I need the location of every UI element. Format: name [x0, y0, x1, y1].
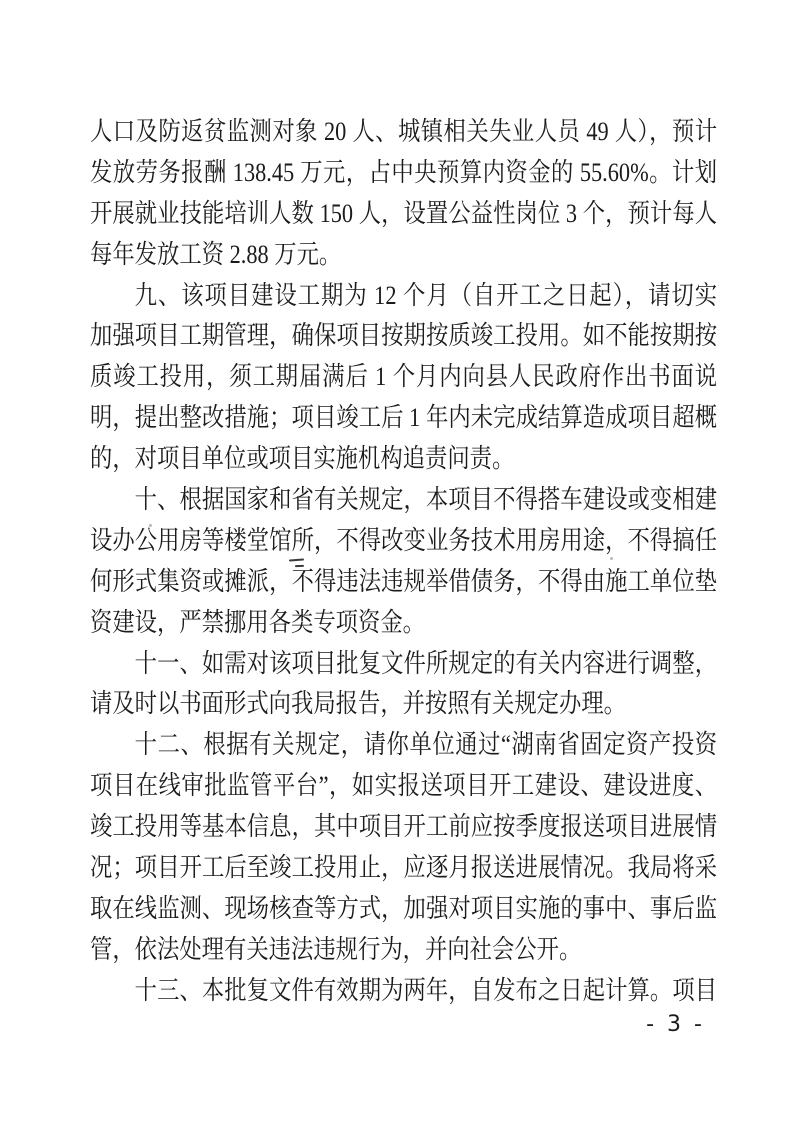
text-line: 每年发放工资 2.88 万元。: [90, 235, 717, 276]
text-line: 十三、本批复文件有效期为两年，自发布之日起计算。项目: [90, 971, 717, 1012]
text-line: 九、该项目建设工期为 12 个月（自开工之日起），请切实: [90, 276, 717, 317]
document-body: 人口及防返贫监测对象 20 人、城镇相关失业人员 49 人），预计发放劳务报酬 …: [90, 112, 717, 1012]
scan-speckle: [414, 586, 417, 589]
text-line: 十、根据国家和省有关规定，本项目不得搭车建设或变相建: [90, 480, 717, 521]
scan-speckle: [204, 586, 207, 589]
text-line: 资建设，严禁挪用各类专项资金。: [90, 603, 717, 644]
scan-speckle: [238, 612, 241, 615]
text-line: 十一、如需对该项目批复文件所规定的有关内容进行调整，: [90, 644, 717, 685]
scan-speckle: [149, 524, 152, 527]
text-line: 开展就业技能培训人数 150 人，设置公益性岗位 3 个，预计每人: [90, 194, 717, 235]
text-line: 何形式集资或摊派，不得违法违规举借债务，不得由施工单位垫: [90, 562, 717, 603]
text-line: 竣工投用等基本信息，其中项目开工前应按季度报送项目进展情: [90, 807, 717, 848]
scan-speckle: [610, 557, 613, 560]
text-line: 加强项目工期管理，确保项目按期按质竣工投用。如不能按期按: [90, 316, 717, 357]
text-line: 设办公用房等楼堂馆所，不得改变业务技术用房用途，不得搞任: [90, 521, 717, 562]
text-line: 项目在线审批监管平台”，如实报送项目开工建设、建设进度、: [90, 766, 717, 807]
page-number: - 3 -: [646, 1012, 705, 1037]
text-line: 十二、根据有关规定，请你单位通过“湖南省固定资产投资: [90, 725, 717, 766]
scanned-document-page: 人口及防返贫监测对象 20 人、城镇相关失业人员 49 人），预计发放劳务报酬 …: [0, 0, 793, 1122]
text-line: 况；项目开工后至竣工投用止，应逐月报送进展情况。我局将采: [90, 848, 717, 889]
text-line: 明，提出整改措施；项目竣工后 1 年内未完成结算造成项目超概: [90, 398, 717, 439]
text-line: 发放劳务报酬 138.45 万元，占中央预算内资金的 55.60%。计划: [90, 153, 717, 194]
text-line: 的，对项目单位或项目实施机构追责问责。: [90, 439, 717, 480]
text-line: 质竣工投用，须工期届满后 1 个月内向县人民政府作出书面说: [90, 357, 717, 398]
text-line: 取在线监测、现场核查等方式，加强对项目实施的事中、事后监: [90, 889, 717, 930]
text-line: 请及时以书面形式向我局报告，并按照有关规定办理。: [90, 684, 717, 725]
text-line: 管，依法处理有关违法违规行为，并向社会公开。: [90, 930, 717, 971]
text-line: 人口及防返贫监测对象 20 人、城镇相关失业人员 49 人），预计: [90, 112, 717, 153]
